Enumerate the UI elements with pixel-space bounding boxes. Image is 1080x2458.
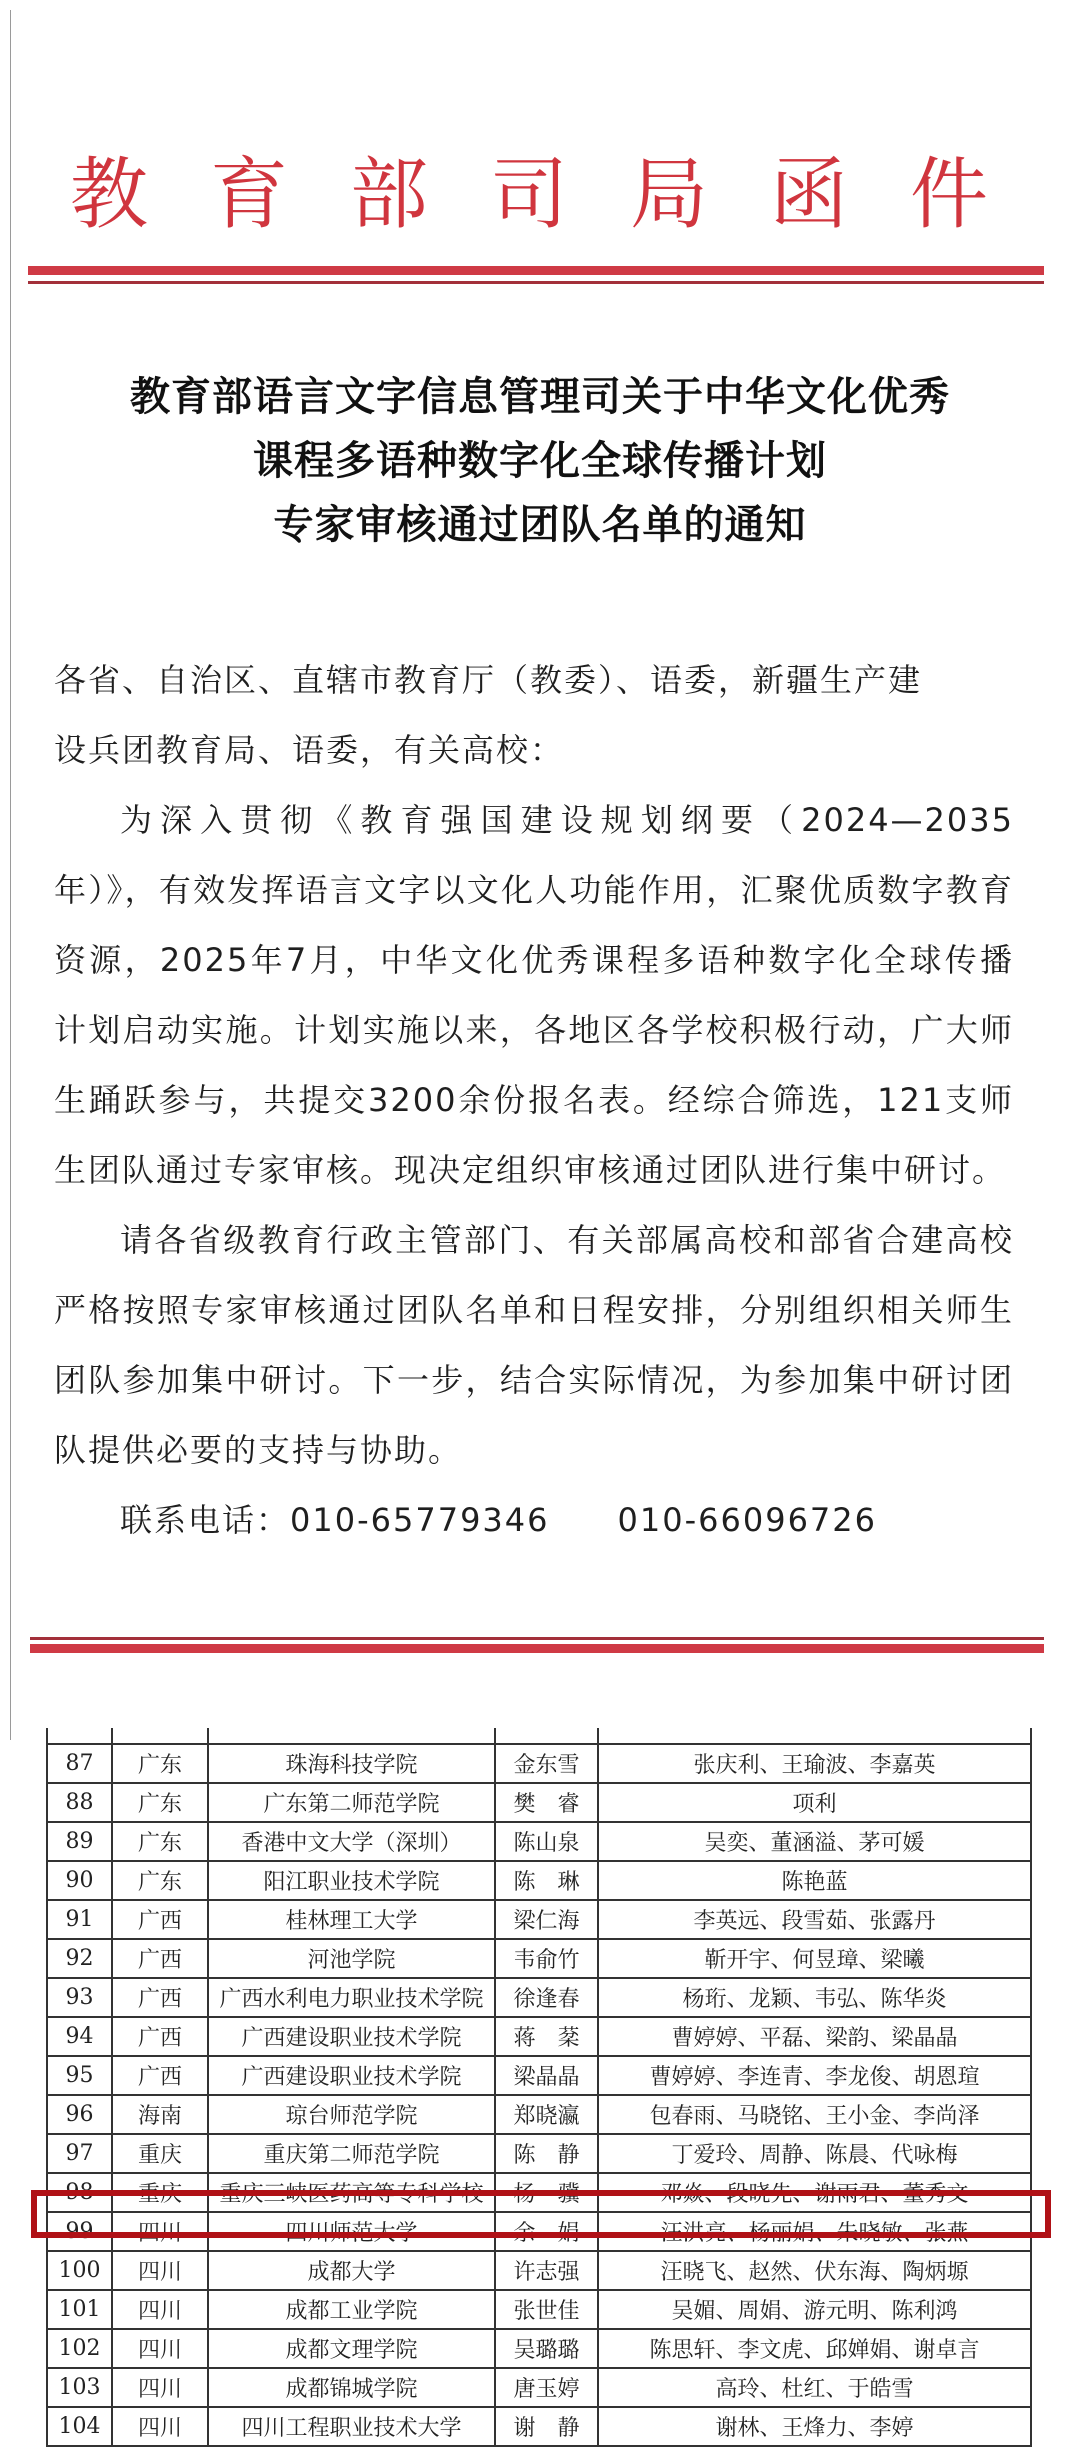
table-row: 94广西广西建设职业技术学院蒋 棻曹婷婷、平磊、梁韵、梁晶晶: [47, 2017, 1031, 2056]
school-cell: 珠海科技学院: [208, 1744, 495, 1783]
table-row: 100四川成都大学许志强汪晓飞、赵然、伏东海、陶炳塬: [47, 2251, 1031, 2290]
table-row: 88广东广东第二师范学院樊 睿项利: [47, 1783, 1031, 1822]
row-number: 87: [47, 1744, 112, 1783]
members-cell: 丁爱玲、周静、陈晨、代咏梅: [598, 2134, 1031, 2173]
province-cell: 四川: [112, 2407, 208, 2446]
table-row: 93广西广西水利电力职业技术学院徐逢春杨珩、龙颖、韦弘、陈华炎: [47, 1978, 1031, 2017]
table-row: 97重庆重庆第二师范学院陈 静丁爱玲、周静、陈晨、代咏梅: [47, 2134, 1031, 2173]
members-cell: 曹婷婷、李连青、李龙俊、胡恩瑄: [598, 2056, 1031, 2095]
table-row-partial: [47, 1728, 1031, 1744]
page-edge-line: [10, 10, 11, 1740]
table-row: 102四川成都文理学院吴璐璐陈思轩、李文虎、邱婵娟、谢卓言: [47, 2329, 1031, 2368]
letterhead-title: 教育部司局函件: [0, 150, 1080, 240]
highlight-box: [31, 2190, 1051, 2238]
province-cell: 广东: [112, 1744, 208, 1783]
row-number: 96: [47, 2095, 112, 2134]
members-cell: 汪晓飞、赵然、伏东海、陶炳塬: [598, 2251, 1031, 2290]
addressee-line-1: 各省、自治区、直辖市教育厅（教委）、语委，新疆生产建: [54, 645, 1014, 715]
contact-phones: 联系电话：010-65779346 010-66096726: [54, 1485, 1014, 1555]
province-cell: 广西: [112, 1900, 208, 1939]
school-cell: 香港中文大学（深圳）: [208, 1822, 495, 1861]
table-row: 90广东阳江职业技术学院陈 琳陈艳蓝: [47, 1861, 1031, 1900]
row-number: 103: [47, 2368, 112, 2407]
province-cell: 广西: [112, 2056, 208, 2095]
province-cell: 四川: [112, 2368, 208, 2407]
province-cell: 广西: [112, 2017, 208, 2056]
leader-cell: 唐玉婷: [495, 2368, 598, 2407]
school-cell: 河池学院: [208, 1939, 495, 1978]
footer-rule-thin: [30, 1637, 1044, 1640]
leader-cell: 陈山泉: [495, 1822, 598, 1861]
leader-cell: 吴璐璐: [495, 2329, 598, 2368]
footer-rule-thick: [30, 1644, 1044, 1653]
row-number: 89: [47, 1822, 112, 1861]
leader-cell: 谢 静: [495, 2407, 598, 2446]
notice-title: 教育部语言文字信息管理司关于中华文化优秀 课程多语种数字化全球传播计划 专家审核…: [0, 365, 1080, 557]
province-cell: 广东: [112, 1783, 208, 1822]
province-cell: 四川: [112, 2290, 208, 2329]
table-row: 87广东珠海科技学院金东雪张庆利、王瑜波、李嘉英: [47, 1744, 1031, 1783]
members-cell: 高玲、杜红、于皓雪: [598, 2368, 1031, 2407]
leader-cell: 金东雪: [495, 1744, 598, 1783]
leader-cell: 蒋 棻: [495, 2017, 598, 2056]
row-number: 100: [47, 2251, 112, 2290]
school-cell: 广西水利电力职业技术学院: [208, 1978, 495, 2017]
header-rule-thick: [28, 266, 1044, 275]
leader-cell: 梁仁海: [495, 1900, 598, 1939]
row-number: 97: [47, 2134, 112, 2173]
table-row: 101四川成都工业学院张世佳吴媚、周娟、游元明、陈利鸿: [47, 2290, 1031, 2329]
row-number: 91: [47, 1900, 112, 1939]
school-cell: 四川工程职业技术大学: [208, 2407, 495, 2446]
province-cell: 广东: [112, 1861, 208, 1900]
row-number: 90: [47, 1861, 112, 1900]
row-number: 101: [47, 2290, 112, 2329]
school-cell: 成都工业学院: [208, 2290, 495, 2329]
members-cell: 陈思轩、李文虎、邱婵娟、谢卓言: [598, 2329, 1031, 2368]
notice-body: 各省、自治区、直辖市教育厅（教委）、语委，新疆生产建 设兵团教育局、语委，有关高…: [54, 645, 1014, 1555]
members-cell: 曹婷婷、平磊、梁韵、梁晶晶: [598, 2017, 1031, 2056]
table-row: 89广东香港中文大学（深圳）陈山泉吴奕、董涵溢、茅可媛: [47, 1822, 1031, 1861]
school-cell: 阳江职业技术学院: [208, 1861, 495, 1900]
row-number: 95: [47, 2056, 112, 2095]
school-cell: 成都文理学院: [208, 2329, 495, 2368]
table-row: 104四川四川工程职业技术大学谢 静谢林、王烽力、李婷: [47, 2407, 1031, 2446]
notice-title-line-3: 专家审核通过团队名单的通知: [0, 493, 1080, 557]
school-cell: 琼台师范学院: [208, 2095, 495, 2134]
leader-cell: 梁晶晶: [495, 2056, 598, 2095]
province-cell: 四川: [112, 2329, 208, 2368]
table-row: 96海南琼台师范学院郑晓瀛包春雨、马晓铭、王小金、李尚泽: [47, 2095, 1031, 2134]
school-cell: 桂林理工大学: [208, 1900, 495, 1939]
leader-cell: 樊 睿: [495, 1783, 598, 1822]
school-cell: 成都大学: [208, 2251, 495, 2290]
members-cell: 包春雨、马晓铭、王小金、李尚泽: [598, 2095, 1031, 2134]
leader-cell: 郑晓瀛: [495, 2095, 598, 2134]
row-number: 104: [47, 2407, 112, 2446]
members-cell: 吴奕、董涵溢、茅可媛: [598, 1822, 1031, 1861]
notice-title-line-1: 教育部语言文字信息管理司关于中华文化优秀: [0, 365, 1080, 429]
school-cell: 成都锦城学院: [208, 2368, 495, 2407]
row-number: 93: [47, 1978, 112, 2017]
row-number: 92: [47, 1939, 112, 1978]
members-cell: 项利: [598, 1783, 1031, 1822]
leader-cell: 徐逢春: [495, 1978, 598, 2017]
paragraph-2: 请各省级教育行政主管部门、有关部属高校和部省合建高校严格按照专家审核通过团队名单…: [54, 1205, 1014, 1485]
leader-cell: 许志强: [495, 2251, 598, 2290]
province-cell: 四川: [112, 2251, 208, 2290]
school-cell: 广东第二师范学院: [208, 1783, 495, 1822]
table-row: 91广西桂林理工大学梁仁海李英远、段雪茹、张露丹: [47, 1900, 1031, 1939]
table-row: 103四川成都锦城学院唐玉婷高玲、杜红、于皓雪: [47, 2368, 1031, 2407]
row-number: 88: [47, 1783, 112, 1822]
members-cell: 李英远、段雪茹、张露丹: [598, 1900, 1031, 1939]
members-cell: 吴媚、周娟、游元明、陈利鸿: [598, 2290, 1031, 2329]
row-number: 102: [47, 2329, 112, 2368]
province-cell: 广西: [112, 1978, 208, 2017]
row-number: 94: [47, 2017, 112, 2056]
leader-cell: 韦俞竹: [495, 1939, 598, 1978]
members-cell: 杨珩、龙颖、韦弘、陈华炎: [598, 1978, 1031, 2017]
leader-cell: 张世佳: [495, 2290, 598, 2329]
province-cell: 广西: [112, 1939, 208, 1978]
members-cell: 陈艳蓝: [598, 1861, 1031, 1900]
leader-cell: 陈 静: [495, 2134, 598, 2173]
table-row: 92广西河池学院韦俞竹靳开宇、何昱璋、梁曦: [47, 1939, 1031, 1978]
leader-cell: 陈 琳: [495, 1861, 598, 1900]
province-cell: 重庆: [112, 2134, 208, 2173]
school-cell: 广西建设职业技术学院: [208, 2017, 495, 2056]
addressee-line-2: 设兵团教育局、语委，有关高校：: [54, 715, 1014, 785]
province-cell: 海南: [112, 2095, 208, 2134]
members-cell: 谢林、王烽力、李婷: [598, 2407, 1031, 2446]
school-cell: 重庆第二师范学院: [208, 2134, 495, 2173]
members-cell: 张庆利、王瑜波、李嘉英: [598, 1744, 1031, 1783]
team-list-table: 87广东珠海科技学院金东雪张庆利、王瑜波、李嘉英88广东广东第二师范学院樊 睿项…: [46, 1728, 1032, 2447]
members-cell: 靳开宇、何昱璋、梁曦: [598, 1939, 1031, 1978]
table-row: 95广西广西建设职业技术学院梁晶晶曹婷婷、李连青、李龙俊、胡恩瑄: [47, 2056, 1031, 2095]
header-rule-thin: [28, 281, 1044, 284]
province-cell: 广东: [112, 1822, 208, 1861]
paragraph-1: 为深入贯彻《教育强国建设规划纲要（2024—2035年）》，有效发挥语言文字以文…: [54, 785, 1014, 1205]
school-cell: 广西建设职业技术学院: [208, 2056, 495, 2095]
notice-title-line-2: 课程多语种数字化全球传播计划: [0, 429, 1080, 493]
